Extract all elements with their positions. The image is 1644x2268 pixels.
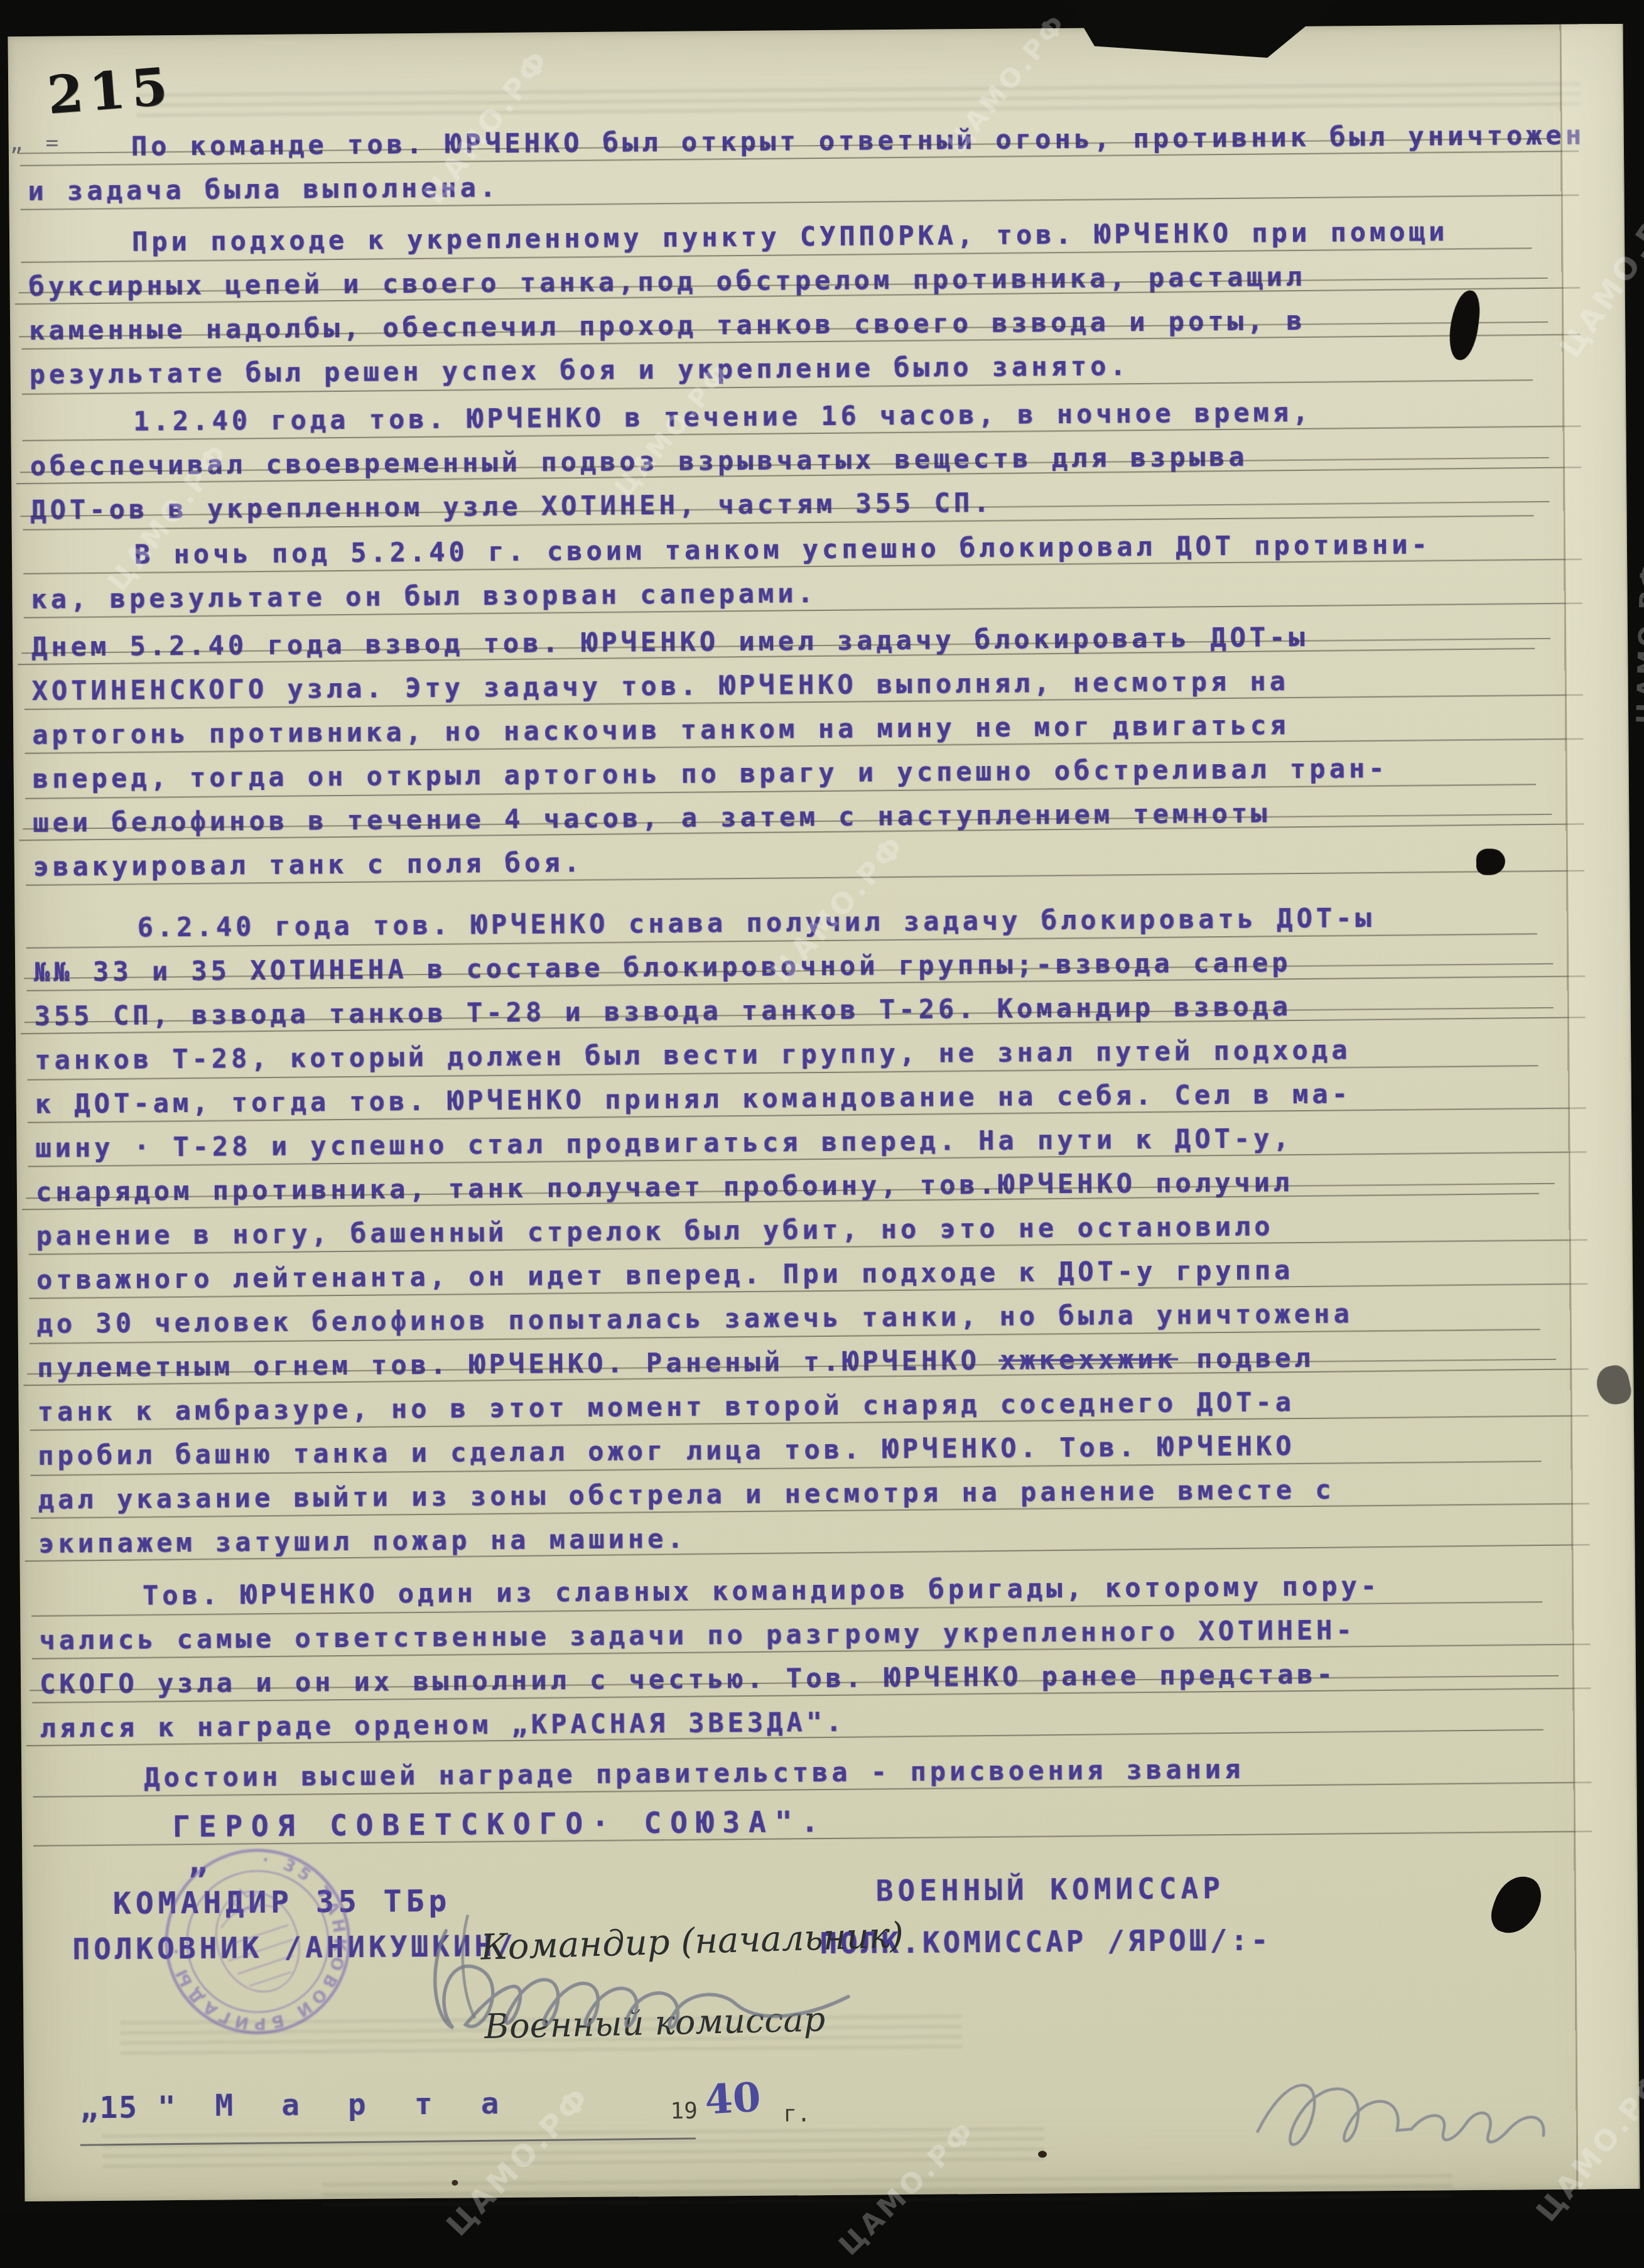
date-year-handwritten: 40 bbox=[703, 2074, 762, 2124]
typed-line: Достоин высшей награде правительства - п… bbox=[40, 1744, 1623, 1801]
struck-word: хжкеххжик bbox=[1000, 1344, 1177, 1376]
bleed-through-strip bbox=[102, 2127, 1044, 2172]
ink-speck bbox=[1038, 2151, 1047, 2157]
typed-text-block: По команде тов. ЮРЧЕНКО был открыт ответ… bbox=[28, 113, 1623, 1850]
page-fold-highlight bbox=[1561, 24, 1638, 2190]
round-stamp: · 35 ТАНКОВОЙ БРИГАДЫ · bbox=[160, 1844, 355, 2039]
scanned-document: 215 „ = По команде тов. ЮРЧЕНКО был откр… bbox=[0, 0, 1644, 2214]
ink-speck bbox=[452, 2180, 458, 2186]
date-month: М а р т а bbox=[215, 2086, 514, 2124]
svg-text:· 35 ТАНКОВОЙ БРИГАДЫ ·: · 35 ТАНКОВОЙ БРИГАДЫ · bbox=[160, 1844, 355, 2039]
ink-blot bbox=[1486, 1870, 1546, 1940]
archive-watermarks: ЦАМО.РФЦАМО.РФЦАМО.РФЦАМО.РФЦАМО.РФЦАМО.… bbox=[8, 24, 1623, 36]
date-year-suffix: г. bbox=[783, 2101, 811, 2127]
commissar-signature bbox=[1232, 2035, 1572, 2176]
paper-sheet: 215 „ = По команде тов. ЮРЧЕНКО был откр… bbox=[8, 24, 1640, 2201]
date-year-printed: 19 bbox=[670, 2098, 698, 2124]
bleed-through-strip bbox=[120, 2014, 961, 2061]
typed-line: ГЕРОЯ СОВЕТСКОГО· СОЮЗА". bbox=[41, 1793, 1623, 1850]
commissar-title: ВОЕННЫЙ КОМИССАР bbox=[876, 1871, 1225, 1908]
date-day: „15 " bbox=[80, 2090, 177, 2125]
bleed-through-strip bbox=[322, 2174, 1452, 2211]
watermark-text: ЦАМО.РФ bbox=[1631, 560, 1644, 725]
stamp-ring-text: · 35 ТАНКОВОЙ БРИГАДЫ · bbox=[160, 1844, 355, 2039]
